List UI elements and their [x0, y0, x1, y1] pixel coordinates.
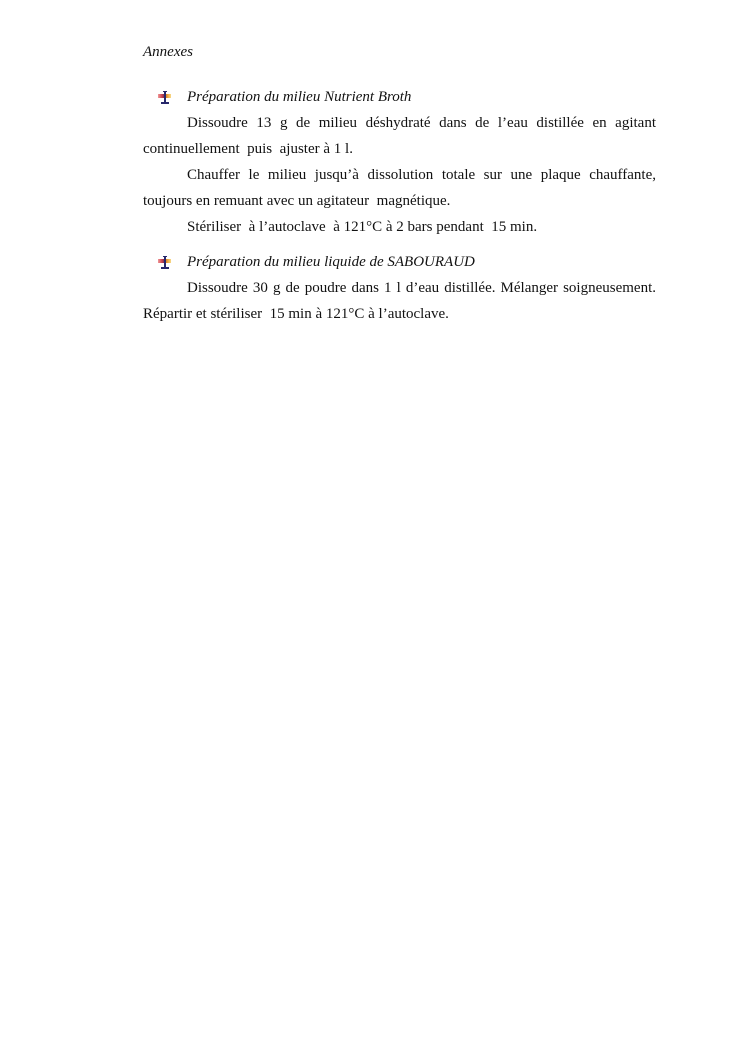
colored-cross-bullet-icon [158, 256, 171, 269]
page-header-annexes: Annexes [143, 39, 656, 65]
paragraph-line: Dissoudre 13 g de milieu déshydraté dans… [143, 110, 656, 136]
list-item-heading: Préparation du milieu liquide de SABOURA… [143, 249, 656, 275]
colored-cross-bullet-icon [158, 91, 171, 104]
document-page: Annexes Préparation du milieu Nutrient B… [0, 0, 745, 1053]
paragraph-line: Stériliser à l’autoclave à 121°C à 2 bar… [143, 214, 656, 240]
paragraph-line: Répartir et stériliser 15 min à 121°C à … [143, 301, 656, 327]
paragraph-line: toujours en remuant avec un agitateur ma… [143, 188, 656, 214]
section-nutrient-broth: Préparation du milieu Nutrient Broth Dis… [143, 84, 656, 240]
paragraph-line: Chauffer le milieu jusqu’à dissolution t… [143, 162, 656, 188]
section-sabouraud: Préparation du milieu liquide de SABOURA… [143, 249, 656, 327]
section-title: Préparation du milieu liquide de SABOURA… [187, 249, 475, 275]
paragraph-line: Dissoudre 30 g de poudre dans 1 l d’eau … [143, 275, 656, 301]
section-title: Préparation du milieu Nutrient Broth [187, 84, 411, 110]
list-item-heading: Préparation du milieu Nutrient Broth [143, 84, 656, 110]
paragraph-line: continuellement puis ajuster à 1 l. [143, 136, 656, 162]
